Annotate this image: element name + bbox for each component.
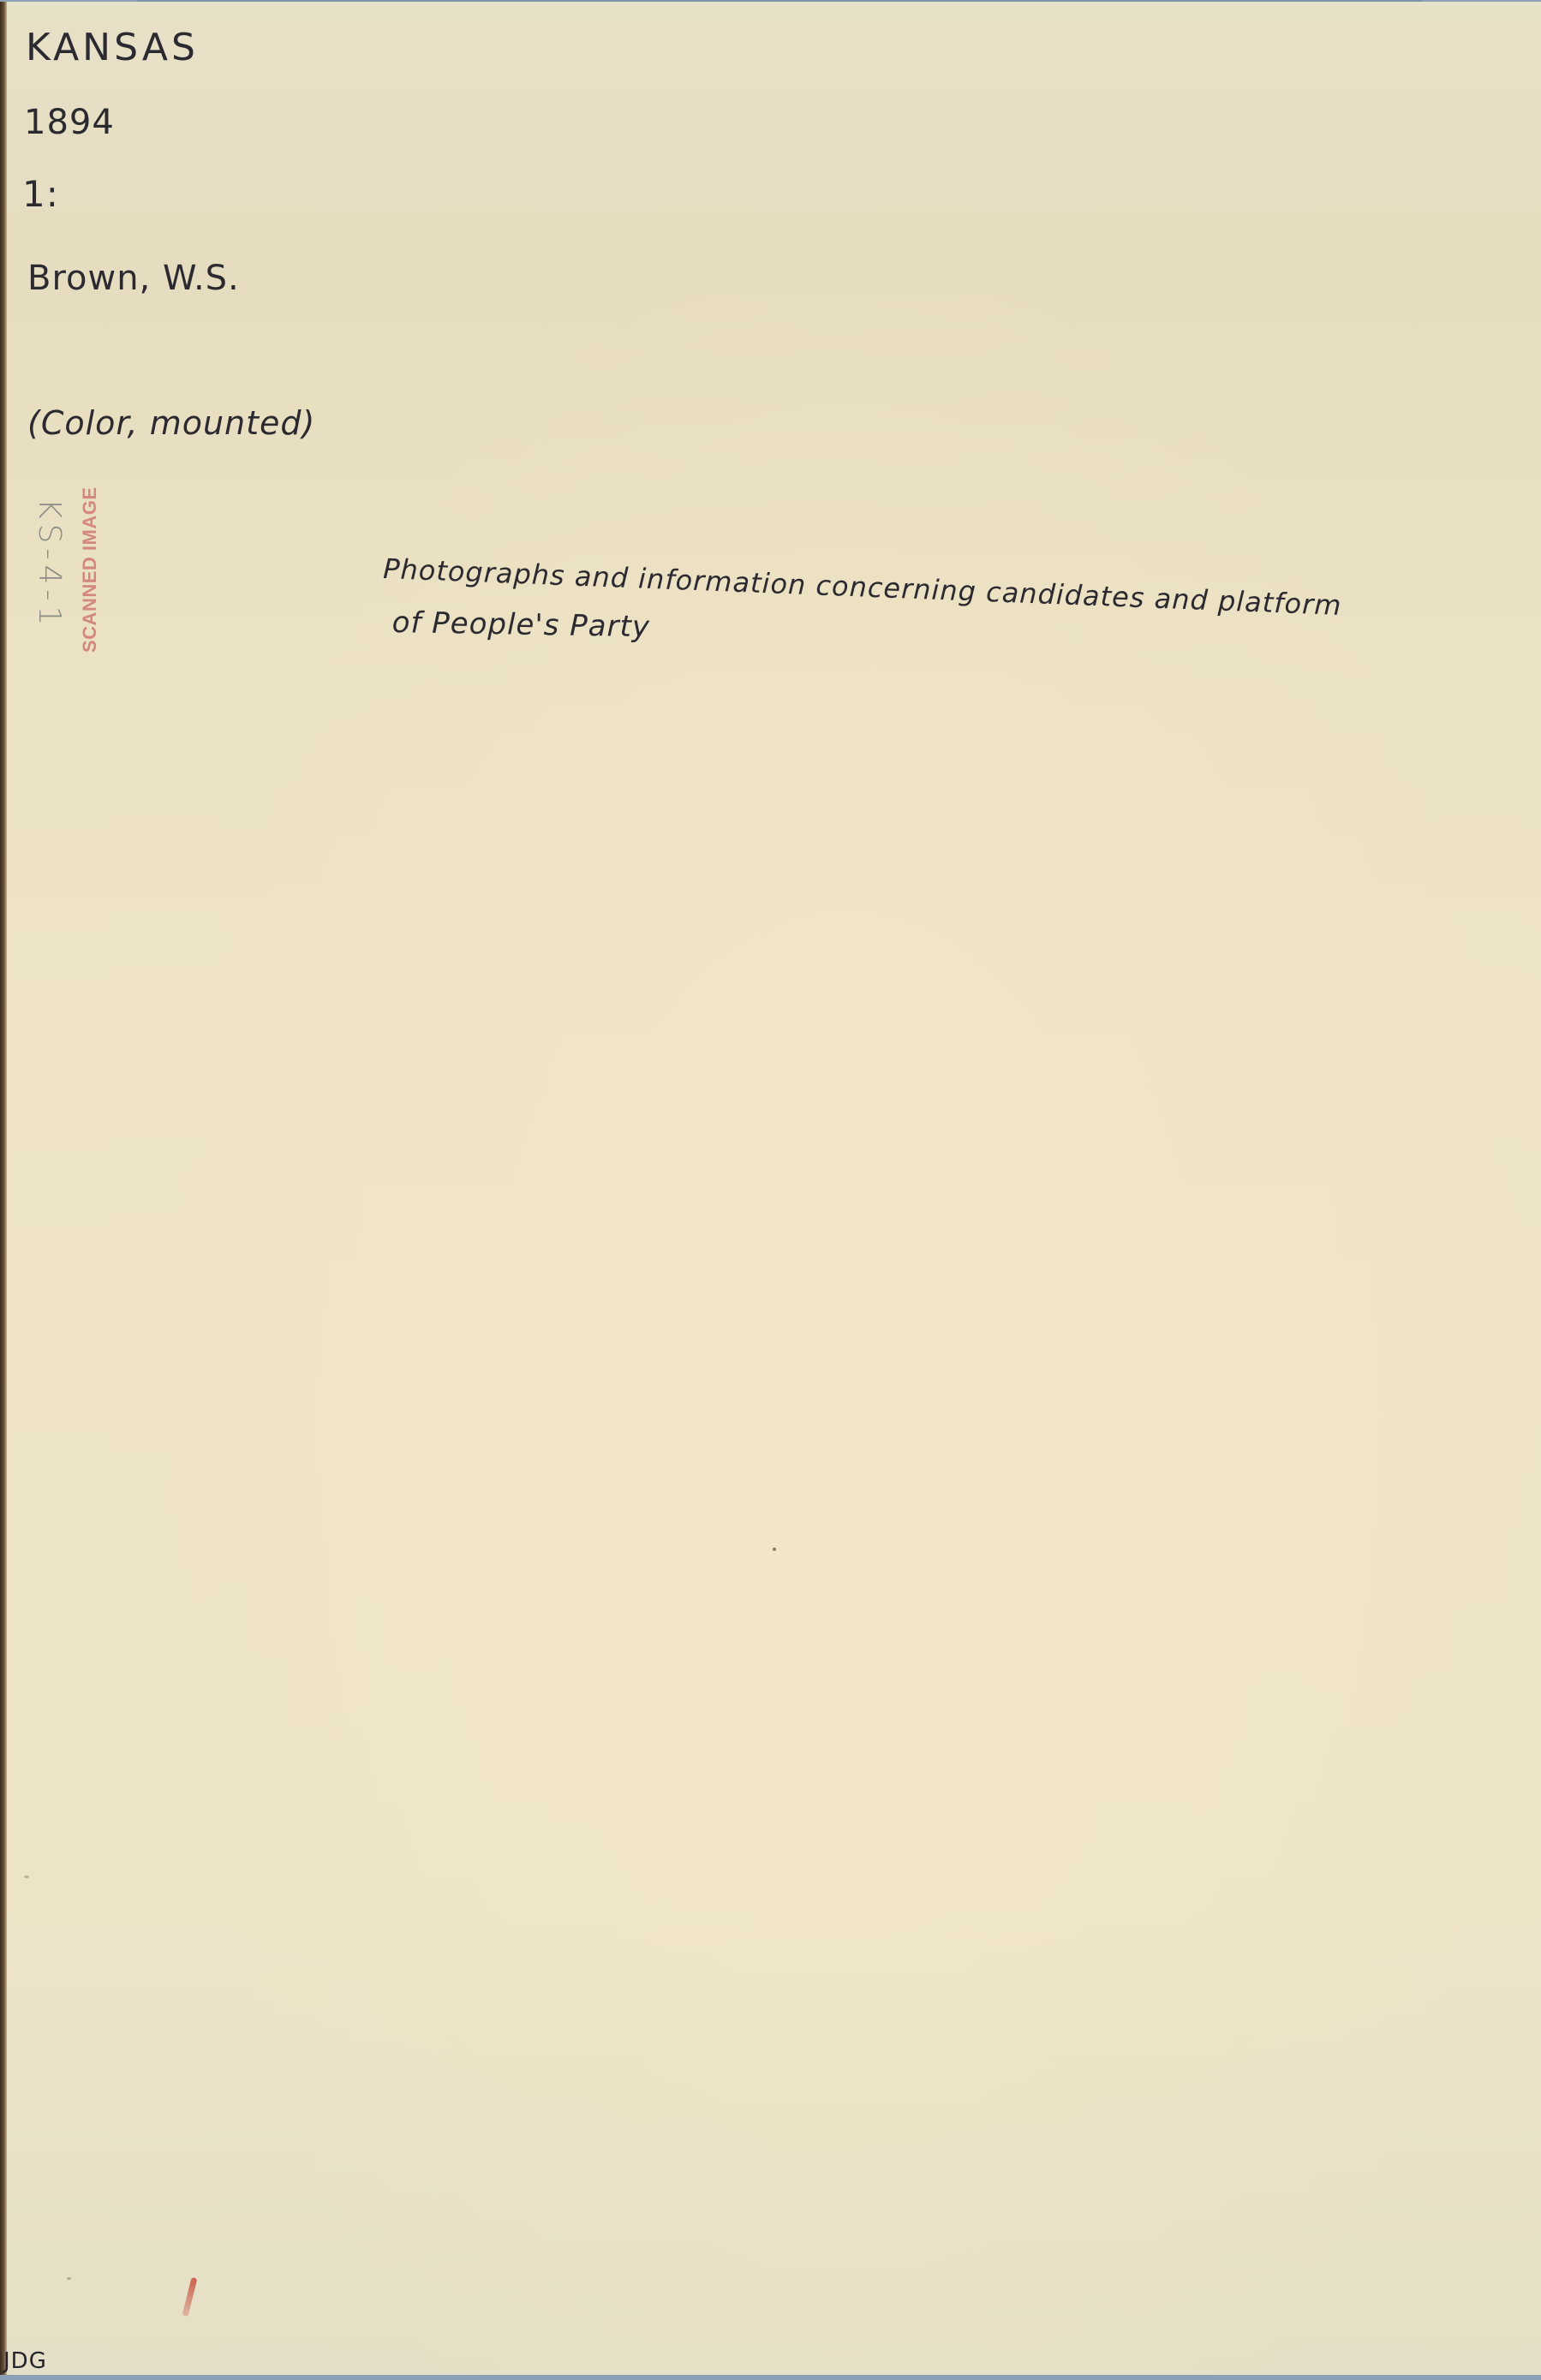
paper-speck: [67, 2277, 71, 2280]
paper-speck: [24, 1876, 29, 1878]
call-number-pencil: KS-4-1: [17, 498, 69, 618]
scanner-background-bottom: [0, 2375, 1541, 2380]
author-label: Brown, W.S.: [27, 259, 240, 298]
item-number-label: 1:: [22, 173, 59, 215]
description-line-2: of People's Party: [391, 605, 650, 644]
archivist-initials: JDG: [3, 2348, 47, 2374]
folder-sheet: KANSAS 1894 1: Brown, W.S. (Color, mount…: [0, 2, 1541, 2376]
scanned-image-stamp: SCANNED IMAGE: [79, 486, 101, 653]
year-label: 1894: [24, 103, 115, 142]
folder-spine-edge: [0, 2, 7, 2376]
paper-speck: [773, 1548, 776, 1551]
call-number-text: KS-4-1: [32, 498, 67, 630]
format-note: (Color, mounted): [27, 404, 315, 442]
state-label: KANSAS: [26, 26, 199, 69]
red-pencil-mark: [182, 2277, 198, 2317]
